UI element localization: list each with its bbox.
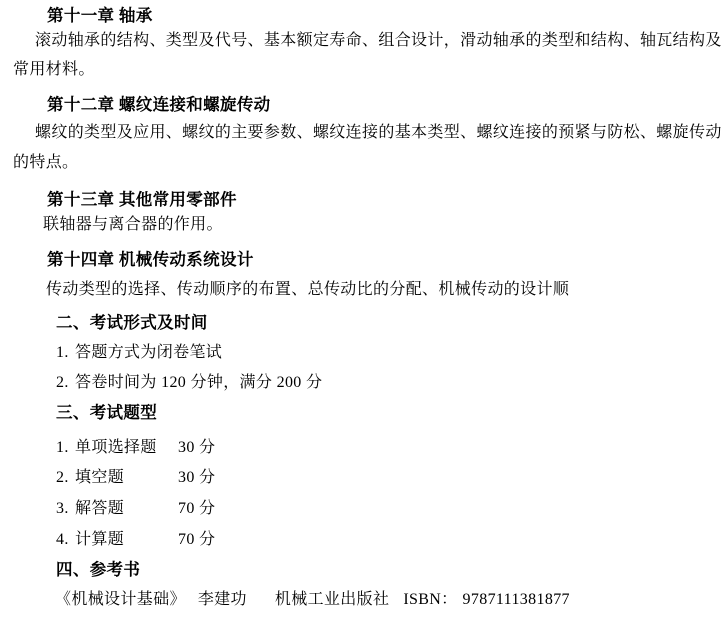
score-row-calculation: 4.计算题70 分	[56, 529, 215, 551]
reference-isbn-number: 9787111381877	[463, 591, 570, 608]
list-item-number: 1.	[56, 437, 75, 459]
question-type-label: 单项选择题	[75, 437, 178, 459]
section-references-heading: 四、参考书	[56, 559, 140, 581]
list-item-answer-mode: 1.答题方式为闭卷笔试	[56, 342, 222, 364]
section-question-types-heading: 三、考试题型	[56, 402, 157, 424]
reference-book-title: 《机械设计基础》	[55, 591, 186, 608]
chapter-11-body-line-2: 常用材料。	[13, 59, 95, 81]
list-item-text: 答卷时间为 120 分钟，满分 200 分	[75, 374, 322, 391]
score-row-short-answer: 3.解答题70 分	[56, 498, 215, 520]
reference-author: 李建功	[198, 591, 247, 608]
list-item-number: 2.	[56, 372, 75, 394]
question-type-score: 30 分	[178, 439, 215, 456]
list-item-number: 3.	[56, 498, 75, 520]
chapter-12-heading: 第十二章 螺纹连接和螺旋传动	[47, 94, 271, 116]
question-type-score: 30 分	[178, 469, 215, 486]
score-row-fill-blank: 2.填空题30 分	[56, 467, 215, 489]
list-item-number: 1.	[56, 342, 75, 364]
chapter-13-heading: 第十三章 其他常用零部件	[47, 189, 237, 211]
chapter-11-heading: 第十一章 轴承	[47, 5, 153, 27]
reference-entry: 《机械设计基础》李建功机械工业出版社ISBN：9787111381877	[55, 589, 570, 611]
list-item-text: 答题方式为闭卷笔试	[75, 344, 222, 361]
question-type-label: 填空题	[75, 467, 178, 489]
reference-publisher: 机械工业出版社	[275, 591, 389, 608]
list-item-number: 4.	[56, 529, 75, 551]
document-page: 第十一章 轴承 滚动轴承的结构、类型及代号、基本额定寿命、组合设计，滑动轴承的类…	[0, 0, 721, 618]
score-row-multiple-choice: 1.单项选择题30 分	[56, 437, 215, 459]
question-type-score: 70 分	[178, 500, 215, 517]
question-type-label: 计算题	[75, 529, 178, 551]
list-item-number: 2.	[56, 467, 75, 489]
chapter-14-body-line-1: 传动类型的选择、传动顺序的布置、总传动比的分配、机械传动的设计顺	[46, 279, 569, 301]
chapter-12-body-line-1: 螺纹的类型及应用、螺纹的主要参数、螺纹连接的基本类型、螺纹连接的预紧与防松、螺旋…	[35, 122, 721, 144]
chapter-14-heading: 第十四章 机械传动系统设计	[47, 249, 254, 271]
question-type-label: 解答题	[75, 498, 178, 520]
chapter-11-body-line-1: 滚动轴承的结构、类型及代号、基本额定寿命、组合设计，滑动轴承的类型和结构、轴瓦结…	[35, 30, 721, 52]
chapter-12-body-line-2: 的特点。	[13, 152, 78, 174]
reference-isbn-label: ISBN：	[403, 591, 457, 608]
list-item-exam-duration: 2.答卷时间为 120 分钟，满分 200 分	[56, 372, 322, 394]
question-type-score: 70 分	[178, 531, 215, 548]
chapter-13-body-line-1: 联轴器与离合器的作用。	[43, 214, 223, 236]
section-exam-format-heading: 二、考试形式及时间	[56, 312, 208, 334]
